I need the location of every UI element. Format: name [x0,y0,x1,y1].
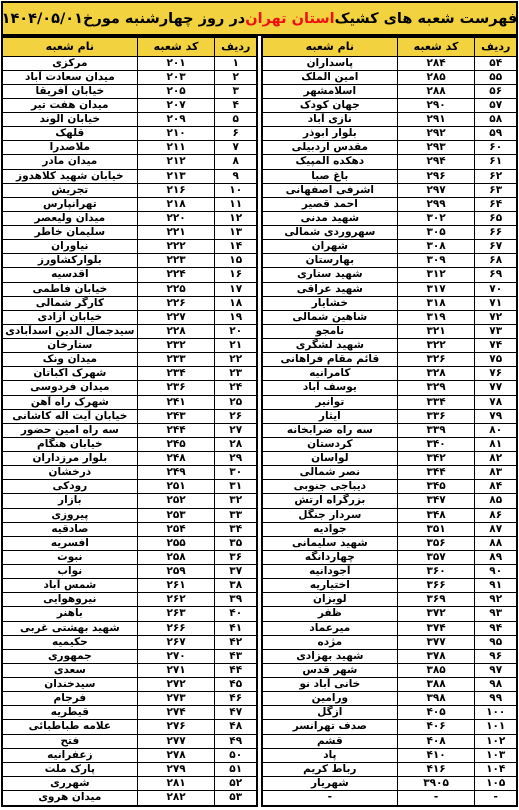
branch-code-cell: ۳۳۶ [397,409,475,423]
title-date: ۱۴۰۴/۰۵/۰۱ [2,11,83,27]
table-row: ۷۸۳۳۴توانیر [262,395,517,409]
branch-code-cell: ۳۶۰ [397,565,475,579]
branch-code-cell: ۲۹۶ [397,169,475,183]
table-row: ۶۷۳۰۸شهران [262,240,517,254]
branch-name-cell: امین الملک [262,70,397,84]
branch-code-cell: ۲۴۵ [137,437,215,451]
table-row: ۶۸۳۰۹بهارستان [262,254,517,268]
branch-name-cell: میدان ولیعصر [2,211,137,225]
table-row: ۵۲۰۹خیابان الوند [2,113,257,127]
table-row: ۷۲۱۱ملاصدرا [2,141,257,155]
branch-code-cell: ۲۵۸ [137,550,215,564]
branch-code-cell: ۲۷۹ [137,762,215,776]
branch-code-cell: ۳۵۷ [397,550,475,564]
row-number-cell: ۲ [215,70,257,84]
row-number-cell: ۴۵ [215,678,257,692]
row-number-cell: ۳۹ [215,593,257,607]
row-number-cell: ۵ [215,113,257,127]
table-row: ۲۴۲۳۶میدان فردوسی [2,381,257,395]
table-row: ۴۲۲۶۷حکیمیه [2,635,257,649]
branch-name-cell: بزرگراه ارتش [262,494,397,508]
row-number-cell: ۷۵ [475,353,517,367]
branch-code-cell: ۲۶۳ [137,607,215,621]
branch-code-cell: ۲۱۳ [137,169,215,183]
branch-name-cell: سلیمان خاطر [2,226,137,240]
branch-name-cell: پاسداران [262,56,397,70]
branch-name-cell: خیابان شهید کلاهدوز [2,169,137,183]
row-number-cell: ۸۱ [475,437,517,451]
row-number-cell: ۷۳ [475,324,517,338]
table-row: ۶۳۲۹۷اشرفی اصفهانی [262,183,517,197]
branch-code-cell: ۳۴۲ [397,452,475,466]
branch-name-cell: ملاصدرا [2,141,137,155]
branch-name-cell: پاد [262,748,397,762]
branch-code-cell: ۲۲۶ [137,296,215,310]
branch-name-cell: دیباجی جنوبی [262,480,397,494]
row-number-cell: ۳۷ [215,565,257,579]
table-row: ۱۰۳۴۱۰پاد [262,748,517,762]
row-number-cell: ۱۰۵ [475,776,517,790]
branch-code-cell: ۲۷۶ [137,720,215,734]
title-highlight-province: استان تهران [245,11,334,27]
branch-name-cell: میرعماد [262,621,397,635]
branch-name-cell: سیدخندان [2,678,137,692]
branch-code-cell: ۳۱۹ [397,310,475,324]
table-row: ۴۸۲۷۶علامه طباطبائی [2,720,257,734]
row-number-cell: ۶ [215,127,257,141]
row-number-cell: ۷۷ [475,381,517,395]
branch-code-cell: ۲۵۵ [137,536,215,550]
branch-name-cell: آجودانیه [262,565,397,579]
table-row: ۳۸۲۶۱شمس آباد [2,579,257,593]
table-row: ۷۵۳۲۶قائم مقام فراهانی [262,353,517,367]
branch-code-cell: ۲۳۲ [137,339,215,353]
table-row: ۸۹۳۵۷چهاردانگه [262,550,517,564]
row-number-cell: ۲۳ [215,367,257,381]
row-number-cell: ۸۲ [475,452,517,466]
document-title-bar: فهرست شعبه های کشیک استان تهران در روز چ… [1,1,518,36]
table-row: ۳۳۲۵۳پیروزی [2,508,257,522]
row-number-cell: ۷۱ [475,296,517,310]
header-cell-branch-code: کد شعبه [137,37,215,56]
row-number-cell: ۴۶ [215,692,257,706]
row-number-cell: ۹۱ [475,579,517,593]
row-number-cell: ۵۱ [215,762,257,776]
row-number-cell: ۷۲ [475,310,517,324]
row-number-cell: ۳۶ [215,550,257,564]
branch-name-cell: نامجو [262,324,397,338]
row-number-cell: ۲۵ [215,395,257,409]
branch-name-cell: ایثار [262,409,397,423]
row-number-cell: ۴۱ [215,621,257,635]
row-number-cell: ۱۰۳ [475,748,517,762]
branch-name-cell: نصر شمالی [262,466,397,480]
branch-code-cell: ۳۷۲ [397,607,475,621]
branch-name-cell: لواسان [262,452,397,466]
table-row: ۲۸۲۴۵خیابان هنگام [2,437,257,451]
branch-name-cell: شهید ستاری [262,268,397,282]
branch-code-cell: ۴۱۶ [397,762,475,776]
branch-name-cell: شاهین شمالی [262,310,397,324]
branch-name-cell: رباط کریم [262,762,397,776]
branch-name-cell: چهاردانگه [262,550,397,564]
row-number-cell: ۶۵ [475,211,517,225]
branch-name-cell: افسریه [2,536,137,550]
table-row: ۶۱۲۹۴دهکده المپیک [262,155,517,169]
branch-name-cell: سیدجمال الدین اسدآبادی [2,324,137,338]
row-number-cell: ۱۳ [215,226,257,240]
branch-name-cell: شهید بهزادی [262,649,397,663]
branch-code-cell: ۲۹۳ [397,141,475,155]
row-number-cell: ۸۵ [475,494,517,508]
table-row: ۹۵۳۷۷مژده [262,635,517,649]
row-number-cell: ۷۰ [475,282,517,296]
branch-code-cell: ۲۲۸ [137,324,215,338]
table-row: ۴۱۲۶۶شهید بهشتی غربی [2,621,257,635]
branch-code-cell: ۳۶۹ [397,593,475,607]
branch-name-cell: توانیر [262,395,397,409]
table-row: ۴۵۲۷۲سیدخندان [2,678,257,692]
branch-name-cell: سه راه امین حضور [2,423,137,437]
table-row: ۳۲۰۵خیابان آفریقا [2,84,257,98]
row-number-cell: ۲۹ [215,452,257,466]
row-number-cell: ۳۴ [215,522,257,536]
table-row: ۹۲۳۶۹لویزان [262,593,517,607]
branch-name-cell: میدان ونک [2,353,137,367]
table-row: ۸۷۳۵۱جوادیه [262,522,517,536]
branch-code-cell: ۳۱۸ [397,296,475,310]
row-number-cell: ۱۴ [215,240,257,254]
table-row: ۷۴۳۲۲شهید لشگری [262,339,517,353]
branch-name-cell: خیابان آفریقا [2,84,137,98]
table-row: ۴۷۲۷۴قیطریه [2,706,257,720]
branch-code-cell: ۲۹۴ [397,155,475,169]
branch-name-cell: سه راه ضرابخانه [262,423,397,437]
branch-name-cell: خانی آباد نو [262,678,397,692]
branch-name-cell: میدان مادر [2,155,137,169]
branch-code-cell: ۲۳۴ [137,367,215,381]
row-number-cell: ۵۳ [215,791,257,807]
branch-name-cell: باغ صبا [262,169,397,183]
branch-code-cell: ۳۶۶ [397,579,475,593]
branch-code-cell: ۳۲۱ [397,324,475,338]
table-row: ۸۳۳۴۴نصر شمالی [262,466,517,480]
branch-name-cell: سعدی [2,663,137,677]
header-cell-row-number: ردیف [215,37,257,56]
branch-name-cell: قلهک [2,127,137,141]
table-row: ۸۲۱۲میدان مادر [2,155,257,169]
row-number-cell: ۳۰ [215,466,257,480]
branch-name-cell: خیابان فاطمی [2,282,137,296]
branch-name-cell: پیروزی [2,508,137,522]
row-number-cell: ۱۲ [215,211,257,225]
branch-name-cell: حکیمیه [2,635,137,649]
row-number-cell: ۵۹ [475,127,517,141]
table-row: ۳۴۲۵۴صادقیه [2,522,257,536]
branch-code-cell: ۳۷۴ [397,621,475,635]
table-row: ۱۲۰۱مرکزی [2,56,257,70]
branch-name-cell: میدان هفت تیر [2,98,137,112]
branch-name-cell: بلوار ابوذر [262,127,397,141]
table-row: ۲۱۲۳۲ستارخان [2,339,257,353]
table-row: ۶۰۲۹۳مقدس اردبیلی [262,141,517,155]
branch-name-cell: لویزان [262,593,397,607]
table-row: ۴۹۲۷۷فتح [2,734,257,748]
branch-code-cell: ۳۳۴ [397,395,475,409]
table-row: ۳۱۲۵۱رودکی [2,480,257,494]
row-number-cell: ۲۸ [215,437,257,451]
branch-name-cell: جوادیه [262,522,397,536]
branch-name-cell: فرجام [2,692,137,706]
branch-code-cell: ۲۴۸ [137,452,215,466]
row-number-cell: ۴۹ [215,734,257,748]
table-row: ۶۶۳۰۵سهروردی شمالی [262,226,517,240]
table-row: ۶۵۳۰۲شهید مدنی [262,211,517,225]
branch-code-cell: ۳۹۸ [397,692,475,706]
table-row: ۵۶۲۸۸اسلامشهر [262,84,517,98]
branch-code-cell: ۳۲۲ [397,339,475,353]
table-row: ۴۶۲۷۳فرجام [2,692,257,706]
branch-code-cell: ۲۴۹ [137,466,215,480]
row-number-cell: ۶۸ [475,254,517,268]
branch-code-cell: ۳۸۸ [397,678,475,692]
branch-code-cell: - [397,791,475,807]
table-row: ۸۲۳۴۲لواسان [262,452,517,466]
row-number-cell: ۲۴ [215,381,257,395]
branch-code-cell: ۲۱۰ [137,127,215,141]
branch-name-cell: صادقیه [2,522,137,536]
branch-code-cell: ۲۵۳ [137,508,215,522]
branch-name-cell: رودکی [2,480,137,494]
branch-name-cell: قشم [262,734,397,748]
branch-table-right-half: ردیف کد شعبه نام شعبه ۱۲۰۱مرکزی۲۲۰۳میدان… [1,36,258,807]
branch-code-cell: ۲۷۳ [137,692,215,706]
branch-name-cell: شهریار [262,776,397,790]
table-row: ۹۲۱۳خیابان شهید کلاهدوز [2,169,257,183]
table-row: ۲۵۲۴۱شهرک راه آهن [2,395,257,409]
row-number-cell: ۱ [215,56,257,70]
row-number-cell: ۹۰ [475,565,517,579]
row-number-cell: ۸۷ [475,522,517,536]
table-row: ۵۲۲۸۱شهرری [2,776,257,790]
branch-code-cell: ۴۱۰ [397,748,475,762]
branch-code-cell: ۲۷۲ [137,678,215,692]
branch-code-cell: ۲۸۱ [137,776,215,790]
row-number-cell: ۸۴ [475,480,517,494]
branch-name-cell: میدان هروی [2,791,137,807]
header-cell-branch-name: نام شعبه [262,37,397,56]
branch-code-cell: ۳۰۲ [397,211,475,225]
row-number-cell: ۱۰ [215,183,257,197]
branch-code-cell: ۲۳۶ [137,381,215,395]
branch-code-cell: ۲۴۴ [137,423,215,437]
branch-code-cell: ۲۶۷ [137,635,215,649]
title-text-suffix: در روز چهارشنبه مورخ [83,11,245,27]
branch-code-cell: ۳۴۵ [397,480,475,494]
branch-name-cell: بلوارکشاورز [2,254,137,268]
table-row: ۵۷۲۹۰جهان کودک [262,98,517,112]
branch-name-cell: شهرک اکباتان [2,367,137,381]
row-number-cell: ۵۷ [475,98,517,112]
row-number-cell: ۱۰۴ [475,762,517,776]
table-row: ۸۴۳۴۵دیباجی جنوبی [262,480,517,494]
table-row: ۱۲۲۲۰میدان ولیعصر [2,211,257,225]
row-number-cell: ۲۰ [215,324,257,338]
table-row: ۱۶۲۲۴اقدسیه [2,268,257,282]
row-number-cell: ۶۲ [475,169,517,183]
row-number-cell: ۱۰۲ [475,734,517,748]
table-row: ۹۴۳۷۴میرعماد [262,621,517,635]
row-number-cell: ۳۱ [215,480,257,494]
branch-name-cell: شهید سلیمانی [262,536,397,550]
row-number-cell: ۹۷ [475,663,517,677]
table-row: ۲۹۲۴۸بلوار مرزداران [2,452,257,466]
branch-code-cell: ۲۹۲ [397,127,475,141]
table-row: ۶۲۱۰قلهک [2,127,257,141]
branch-name-cell: ازگل [262,706,397,720]
branch-code-cell: ۳۸۵ [397,663,475,677]
row-number-cell: ۱۰۰ [475,706,517,720]
branch-name-cell: اقدسیه [2,268,137,282]
table-row: ۱۹۲۲۷خیابان آزادی [2,310,257,324]
branch-name-cell: دهکده المپیک [262,155,397,169]
table-row: ۱۰۰۴۰۵ازگل [262,706,517,720]
table-row: ۸۸۳۵۶شهید سلیمانی [262,536,517,550]
row-number-cell: ۵۰ [215,748,257,762]
branch-code-cell: ۳۹۰۵ [397,776,475,790]
branch-name-cell: مقدس اردبیلی [262,141,397,155]
branch-name-cell: کردستان [262,437,397,451]
row-number-cell: ۱۸ [215,296,257,310]
row-number-cell: ۸۹ [475,550,517,564]
table-row: ۹۸۳۸۸خانی آباد نو [262,678,517,692]
row-number-cell: ۵۶ [475,84,517,98]
branch-code-cell: ۳۰۸ [397,240,475,254]
branch-code-cell: ۲۰۷ [137,98,215,112]
header-cell-branch-code: کد شعبه [397,37,475,56]
row-number-cell: ۶۰ [475,141,517,155]
branch-table-rows-1-53: ردیف کد شعبه نام شعبه ۱۲۰۱مرکزی۲۲۰۳میدان… [1,36,258,807]
row-number-cell: ۱۹ [215,310,257,324]
branch-name-cell: شهید عراقی [262,282,397,296]
branch-name-cell: باهنر [2,607,137,621]
row-number-cell: ۹۶ [475,649,517,663]
row-number-cell: ۱۶ [215,268,257,282]
table-row: ۶۲۲۹۶باغ صبا [262,169,517,183]
branch-code-cell: ۳۰۹ [397,254,475,268]
row-number-cell: ۹۴ [475,621,517,635]
branch-name-cell: خشایار [262,296,397,310]
branch-code-cell: ۲۸۵ [397,70,475,84]
branch-code-cell: ۲۵۱ [137,480,215,494]
row-number-cell: ۳۵ [215,536,257,550]
branch-name-cell: زعفرانیه [2,748,137,762]
branch-code-cell: ۲۹۹ [397,197,475,211]
row-number-cell: ۲۱ [215,339,257,353]
branch-code-cell: ۲۷۸ [137,748,215,762]
table-row: ۷۰۳۱۷شهید عراقی [262,282,517,296]
branch-code-cell: ۲۱۱ [137,141,215,155]
branch-code-cell: ۲۰۱ [137,56,215,70]
branch-code-cell: ۳۲۸ [397,367,475,381]
branch-code-cell: ۲۱۲ [137,155,215,169]
row-number-cell: ۷۶ [475,367,517,381]
branch-code-cell: ۲۸۸ [397,84,475,98]
branch-code-cell: ۲۵۹ [137,565,215,579]
branch-name-cell: نازی آباد [262,113,397,127]
branch-name-cell: پارک ملت [2,762,137,776]
branch-name-cell: جهان کودک [262,98,397,112]
row-number-cell: ۹۲ [475,593,517,607]
branch-name-cell: کارگر شمالی [2,296,137,310]
branch-name-cell: اسلامشهر [262,84,397,98]
branch-name-cell: قائم مقام فراهانی [262,353,397,367]
branch-name-cell: میدان سعادت آباد [2,70,137,84]
branch-name-cell: ورامین [262,692,397,706]
branch-list-document: فهرست شعبه های کشیک استان تهران در روز چ… [0,0,519,810]
table-row: ۸۵۳۴۷بزرگراه ارتش [262,494,517,508]
row-number-cell: ۸۸ [475,536,517,550]
row-number-cell: ۶۱ [475,155,517,169]
branch-name-cell: خیابان الوند [2,113,137,127]
table-row: ۲۳۲۳۴شهرک اکباتان [2,367,257,381]
row-number-cell: ۸۰ [475,423,517,437]
row-number-cell: ۵۸ [475,113,517,127]
branch-code-cell: ۲۲۱ [137,226,215,240]
row-number-cell: ۷۹ [475,409,517,423]
row-number-cell: ۶۷ [475,240,517,254]
branch-code-cell: ۲۸۲ [137,791,215,807]
branch-code-cell: ۲۷۷ [137,734,215,748]
table-row: ۲۰۲۲۸سیدجمال الدین اسدآبادی [2,324,257,338]
branch-table-left-half: ردیف کد شعبه نام شعبه ۵۴۲۸۴پاسداران۵۵۲۸۵… [261,36,518,807]
branch-name-cell: جمهوری [2,649,137,663]
branch-code-cell: ۲۷۴ [137,706,215,720]
table-row: ۸۶۳۴۸سردار جنگل [262,508,517,522]
branch-name-cell: صدف تهرانسر [262,720,397,734]
table-row: ۹۳۳۷۲ظفر [262,607,517,621]
row-number-cell: ۸ [215,155,257,169]
branch-name-cell: شهرری [2,776,137,790]
row-number-cell: ۵۵ [475,70,517,84]
branch-code-cell: ۲۹۱ [397,113,475,127]
branch-name-cell: بهارستان [262,254,397,268]
branch-code-cell: ۲۲۲ [137,240,215,254]
row-number-cell: ۸۳ [475,466,517,480]
table-row: ۳۵۲۵۵افسریه [2,536,257,550]
branch-name-cell: شمس آباد [2,579,137,593]
branch-code-cell: ۲۱۶ [137,183,215,197]
table-row: ۲۶۲۴۳خیابان آیت اله کاشانی [2,409,257,423]
branch-name-cell: اشرفی اصفهانی [262,183,397,197]
table-row: ۴۰۲۶۳باهنر [2,607,257,621]
table-row: ۱۰۴۴۱۶رباط کریم [262,762,517,776]
branch-code-cell: ۲۲۷ [137,310,215,324]
table-row: ۱۰۱۴۰۶صدف تهرانسر [262,720,517,734]
branch-code-cell: ۲۲۰ [137,211,215,225]
branch-code-cell: ۲۶۱ [137,579,215,593]
row-number-cell: ۹۵ [475,635,517,649]
table-row: ۵۸۲۹۱نازی آباد [262,113,517,127]
branch-code-cell: ۲۶۶ [137,621,215,635]
branch-name-cell: مرکزی [2,56,137,70]
branch-code-cell: ۳۲۶ [397,353,475,367]
branch-code-cell: ۲۲۵ [137,282,215,296]
table-row: ۶۴۲۹۹احمد قصیر [262,197,517,211]
row-number-cell: ۶۶ [475,226,517,240]
table-row: ۱۴۲۲۲نیاوران [2,240,257,254]
row-number-cell: ۴۸ [215,720,257,734]
